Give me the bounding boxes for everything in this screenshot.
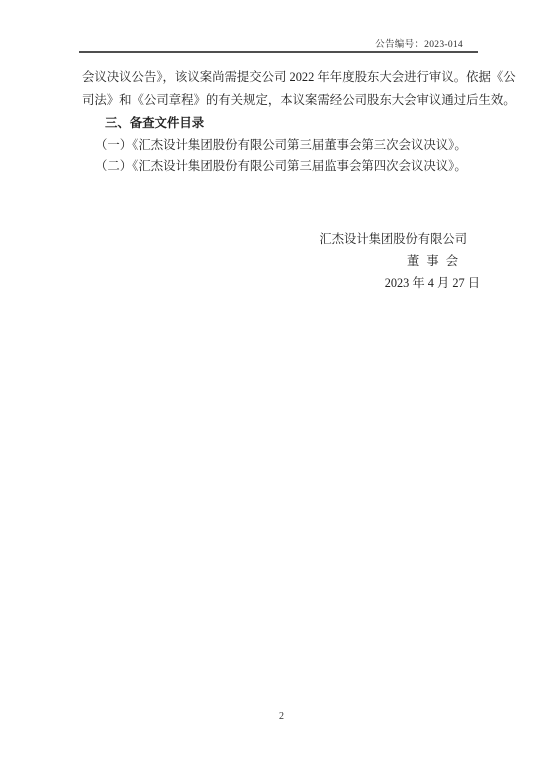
paragraph-line-1: 会议决议公告》，该议案尚需提交公司 2022 年年度股东大会进行审议。依据《公 — [82, 66, 480, 89]
paragraph-line-2: 司法》和《公司章程》的有关规定，本议案需经公司股东大会审议通过后生效。 — [82, 89, 480, 112]
document-page: 公告编号：2023-014 会议决议公告》，该议案尚需提交公司 2022 年年度… — [0, 0, 545, 771]
document-body: 会议决议公告》，该议案尚需提交公司 2022 年年度股东大会进行审议。依据《公 … — [82, 66, 480, 177]
list-item-2: （二）《汇杰设计集团股份有限公司第三届监事会第四次会议决议》。 — [82, 156, 480, 177]
announcement-number: 公告编号：2023-014 — [82, 36, 463, 50]
signature-company-name: 汇杰设计集团股份有限公司 — [82, 228, 480, 250]
signature-board-of-directors: 董 事 会 — [82, 250, 480, 272]
body-paragraph: 会议决议公告》，该议案尚需提交公司 2022 年年度股东大会进行审议。依据《公 … — [82, 66, 480, 112]
page-number: 2 — [9, 711, 545, 722]
list-item-1: （一）《汇杰设计集团股份有限公司第三届董事会第三次会议决议》。 — [82, 135, 480, 156]
header-divider — [79, 51, 478, 53]
section-heading: 三、备查文件目录 — [82, 112, 480, 135]
signature-block: 汇杰设计集团股份有限公司 董 事 会 2023 年 4 月 27 日 — [82, 228, 480, 294]
signature-date: 2023 年 4 月 27 日 — [82, 272, 480, 294]
